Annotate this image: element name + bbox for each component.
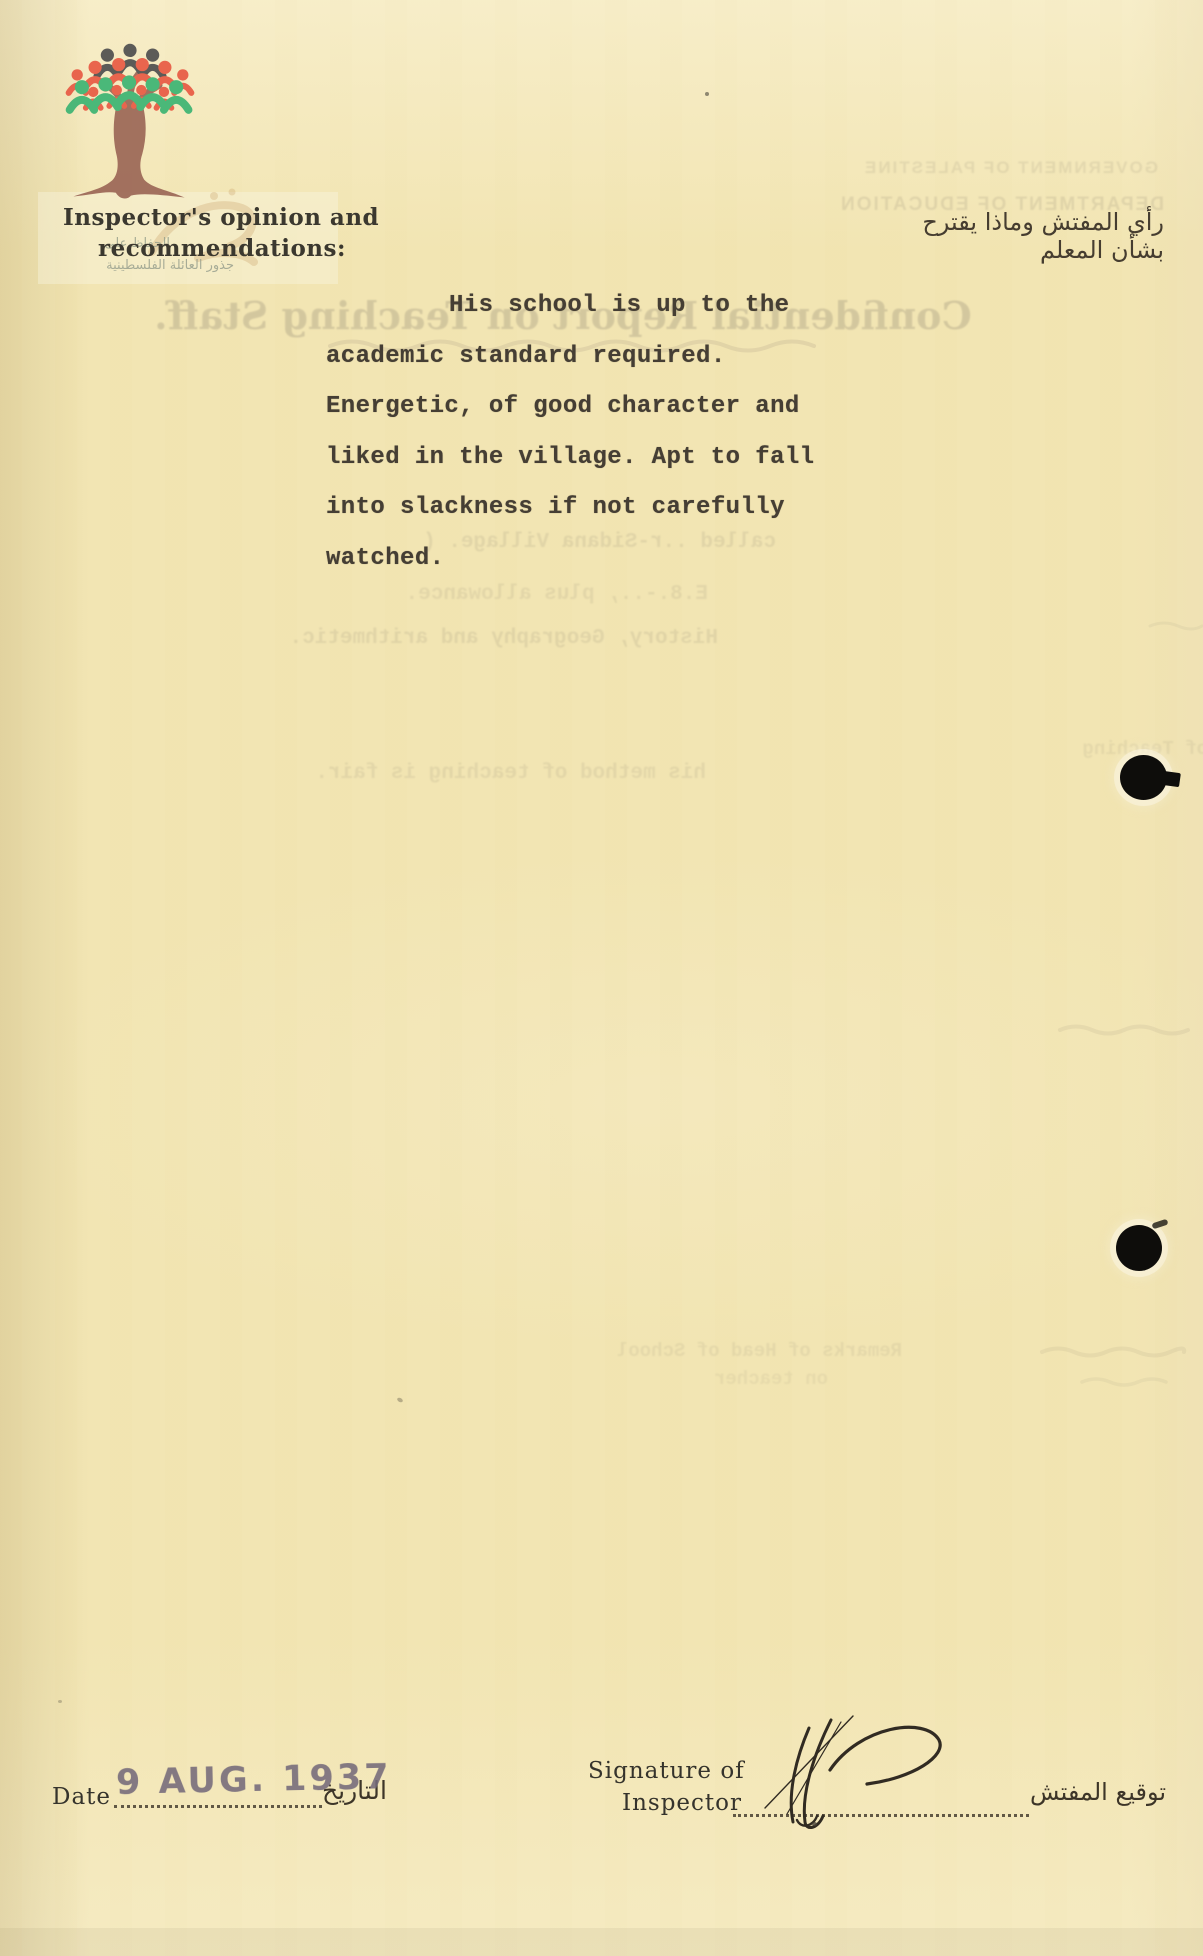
inspector-opinion-heading-arabic: رأي المفتش وماذا يقترح بشأن المعلم (868, 208, 1164, 264)
inspector-opinion-heading-line2: recommendations: (98, 235, 346, 262)
paper-bottom-edge-shadow (0, 1928, 1203, 1956)
punch-hole-top (1120, 755, 1167, 800)
inspector-opinion-heading-line1: Inspector's opinion and (63, 204, 379, 231)
paper-speck (812, 1822, 817, 1826)
document-page: GOVERNMENT OF PALESTINE DEPARTMENT OF ED… (0, 0, 1203, 1956)
ghost-salary-fragment: E.8.-.., plus allowance. (408, 583, 708, 606)
family-tree-logo (64, 40, 196, 206)
paper-texture-left (0, 0, 90, 1956)
paper-speck (705, 92, 709, 96)
paper-speck (58, 1700, 62, 1703)
ghost-remarks-line2: on teacher (668, 1368, 828, 1390)
punch-hole-bottom-notch (1151, 1219, 1168, 1230)
inspector-handwritten-signature (735, 1712, 975, 1832)
punch-hole-top-notch (1161, 771, 1181, 787)
paper-texture-right (1130, 0, 1203, 1956)
ghost-remarks-line1: Remarks of Head of School (642, 1340, 902, 1362)
ghost-subjects-fragment: History, Geography and arithmetic. (398, 627, 718, 650)
ghost-method-label: of Teaching (1058, 738, 1203, 760)
signature-of-label: Signature of (588, 1758, 745, 1784)
date-stamp: 9 AUG. 1937 (116, 1757, 392, 1803)
typed-inspector-remarks: His school is up to the academic standar… (326, 281, 856, 584)
punch-hole-bottom (1116, 1225, 1162, 1271)
date-label: Date (52, 1784, 111, 1810)
figures-row-dark (97, 44, 163, 76)
ghost-government-of-palestine: GOVERNMENT OF PALESTINE (888, 158, 1158, 178)
paper-speck (396, 1397, 403, 1403)
signature-label-arabic: توقيع المفتش (1030, 1778, 1180, 1806)
paper-texture-middle (0, 850, 1203, 1350)
ghost-method-fragment: his method of teaching is fair. (326, 762, 706, 785)
inspector-label: Inspector (622, 1790, 742, 1816)
